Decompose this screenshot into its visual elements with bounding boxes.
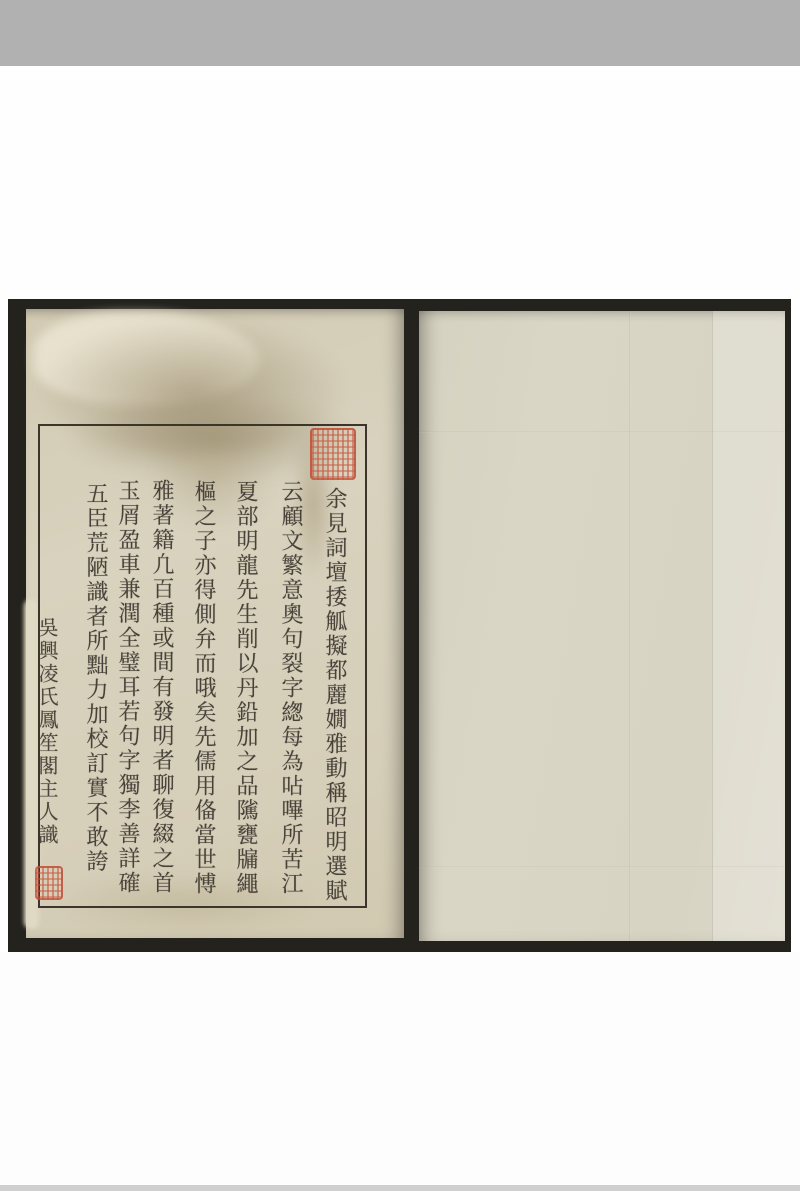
bottom-gray-bar	[0, 1185, 800, 1191]
preface-column-7: 五臣荒陋識者所黜力加校訂實不敢誇	[80, 482, 110, 874]
paper-crease	[419, 866, 785, 868]
right-page-blank	[419, 311, 785, 941]
preface-column-5: 雅著籍凢百種或間有發明者聊復綴之首	[146, 479, 176, 896]
paper-crease	[419, 431, 785, 433]
preface-column-4: 樞之子亦得側弁而哦矣先儒用俻當世愽	[188, 480, 218, 897]
bottom-white-margin	[0, 952, 800, 1185]
author-signature: 吳興凌氏鳳笙閣主人識	[32, 617, 62, 847]
red-seal-stamp-bottom	[35, 866, 63, 900]
preface-column-3: 夏部明龍先生削以丹鉛加之品隲甕牖繩	[230, 480, 260, 897]
preface-column-6: 玉屑盈車兼潤全璧耳若句字獨李善詳確	[112, 479, 142, 896]
red-seal-stamp-top	[310, 428, 356, 480]
preface-column-2: 云顧文繁意奧句裂字緫每為呫嗶所苦江	[275, 480, 305, 897]
top-white-margin	[0, 66, 800, 299]
book-scan-viewport: 余見詞壇捼觚擬都麗嫺雅動稱昭明選賦 云顧文繁意奧句裂字緫每為呫嗶所苦江 夏部明龍…	[0, 0, 800, 1191]
top-gray-bar	[0, 0, 800, 66]
paper-crease	[629, 311, 631, 941]
page-fold-strip	[712, 311, 785, 941]
preface-column-1: 余見詞壇捼觚擬都麗嫺雅動稱昭明選賦	[319, 487, 349, 904]
